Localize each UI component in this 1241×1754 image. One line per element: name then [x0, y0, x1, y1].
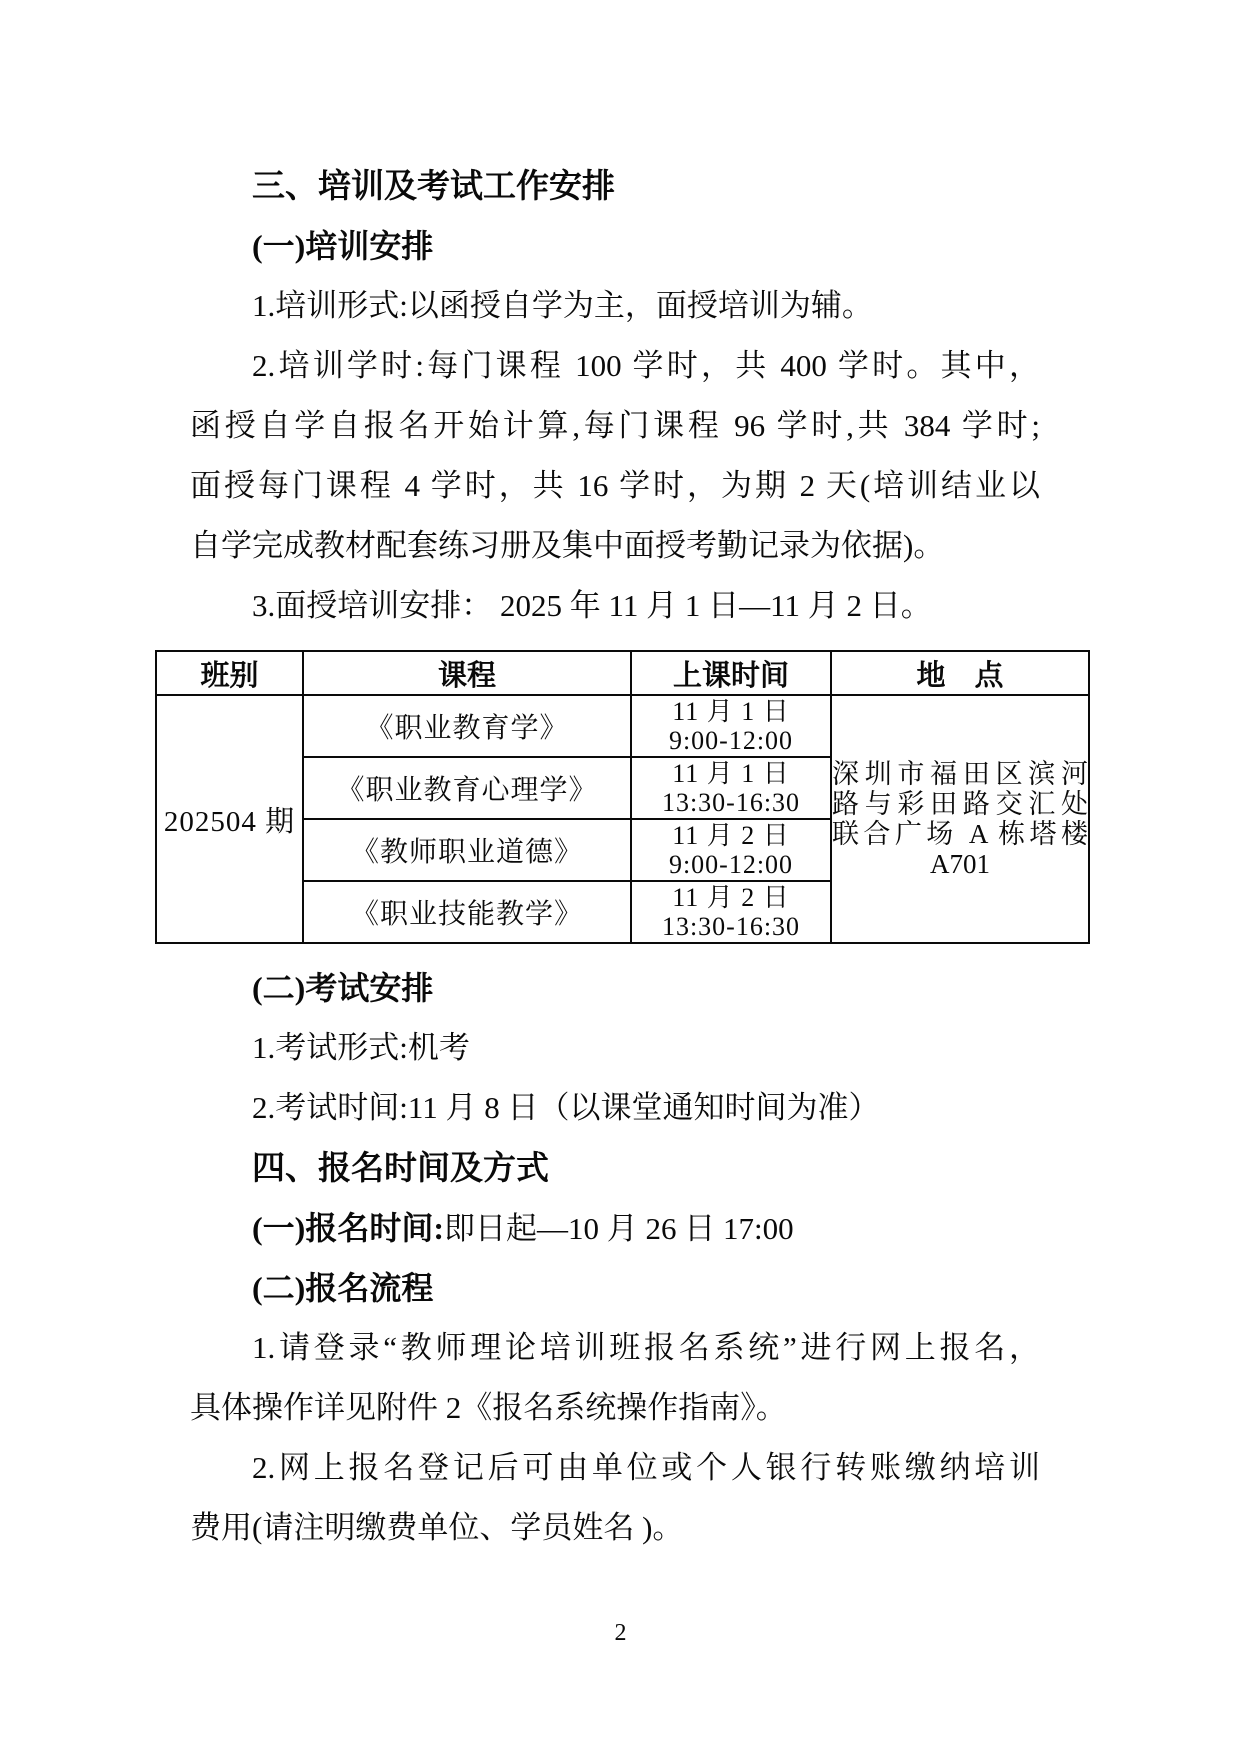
para-signup-flow1-line1: 1.请登录“教师理论培训班报名系统”进行网上报名， [190, 1318, 1040, 1378]
class-time: 13:30-16:30 [632, 788, 830, 817]
heading-signup-time-method: 四、报名时间及方式 [190, 1138, 1040, 1198]
para-signup-flow2-line1: 2.网上报名登记后可由单位或个人银行转账缴纳培训 [190, 1438, 1040, 1498]
training-schedule-table: 班别 课程 上课时间 地 点 202504 期 《职业教育学》 11 月 1 日… [155, 650, 1090, 944]
para-signup-flow1-line2: 具体操作详见附件 2《报名系统操作指南》。 [190, 1378, 1040, 1438]
course-cell: 《职业教育心理学》 [303, 757, 631, 819]
para-training-hours-line1: 2.培训学时:每门课程 100 学时，共 400 学时。其中， [190, 336, 1040, 396]
document-page: 三、培训及考试工作安排 (一)培训安排 1.培训形式:以函授自学为主，面授培训为… [0, 0, 1241, 1754]
location-line: A701 [832, 849, 1088, 879]
para-signup-flow2-line2: 费用(请注明缴费单位、学员姓名 )。 [190, 1498, 1040, 1558]
location-cell: 深圳市福田区滨河 路与彩田路交汇处 联合广场 A 栋塔楼 A701 [831, 695, 1089, 943]
heading-exam-arrangement: (二)考试安排 [190, 958, 1040, 1018]
class-date: 11 月 2 日 [632, 821, 830, 850]
heading-training-arrangement: (一)培训安排 [190, 216, 1040, 276]
location-line: 路与彩田路交汇处 [832, 789, 1088, 819]
table-row: 202504 期 《职业教育学》 11 月 1 日 9:00-12:00 深圳市… [156, 695, 1089, 757]
class-date: 11 月 1 日 [632, 759, 830, 788]
para-training-format: 1.培训形式:以函授自学为主，面授培训为辅。 [190, 276, 1040, 336]
col-header-class: 班别 [156, 651, 303, 695]
heading-training-and-exam: 三、培训及考试工作安排 [190, 156, 1040, 216]
table-header-row: 班别 课程 上课时间 地 点 [156, 651, 1089, 695]
time-cell: 11 月 2 日 13:30-16:30 [631, 881, 831, 943]
class-date: 11 月 2 日 [632, 883, 830, 912]
class-date: 11 月 1 日 [632, 697, 830, 726]
course-cell: 《职业技能教学》 [303, 881, 631, 943]
para-training-hours-line3: 面授每门课程 4 学时，共 16 学时，为期 2 天(培训结业以 [190, 456, 1040, 516]
class-time: 13:30-16:30 [632, 912, 830, 941]
class-label-cell: 202504 期 [156, 695, 303, 943]
para-signup-time: (一)报名时间:即日起—10 月 26 日 17:00 [190, 1198, 1040, 1258]
signup-time-label: (一)报名时间: [252, 1210, 444, 1246]
para-training-hours-line4: 自学完成教材配套练习册及集中面授考勤记录为依据)。 [190, 516, 1040, 576]
time-cell: 11 月 1 日 9:00-12:00 [631, 695, 831, 757]
course-cell: 《教师职业道德》 [303, 819, 631, 881]
page-number: 2 [0, 1620, 1241, 1647]
course-cell: 《职业教育学》 [303, 695, 631, 757]
para-facetoface-schedule: 3.面授培训安排： 2025 年 11 月 1 日—11 月 2 日。 [190, 576, 1040, 636]
document-body: 三、培训及考试工作安排 (一)培训安排 1.培训形式:以函授自学为主，面授培训为… [190, 156, 1040, 1558]
para-exam-format: 1.考试形式:机考 [190, 1018, 1040, 1078]
col-header-course: 课程 [303, 651, 631, 695]
col-header-time: 上课时间 [631, 651, 831, 695]
signup-time-value: 即日起—10 月 26 日 17:00 [444, 1211, 794, 1246]
class-time: 9:00-12:00 [632, 726, 830, 755]
col-header-location: 地 点 [831, 651, 1089, 695]
class-time: 9:00-12:00 [632, 850, 830, 879]
location-line: 深圳市福田区滨河 [832, 759, 1088, 789]
heading-signup-flow: (二)报名流程 [190, 1258, 1040, 1318]
time-cell: 11 月 1 日 13:30-16:30 [631, 757, 831, 819]
para-exam-time: 2.考试时间:11 月 8 日（以课堂通知时间为准） [190, 1078, 1040, 1138]
para-training-hours-line2: 函授自学自报名开始计算,每门课程 96 学时,共 384 学时; [190, 396, 1040, 456]
time-cell: 11 月 2 日 9:00-12:00 [631, 819, 831, 881]
location-line: 联合广场 A 栋塔楼 [832, 819, 1088, 849]
